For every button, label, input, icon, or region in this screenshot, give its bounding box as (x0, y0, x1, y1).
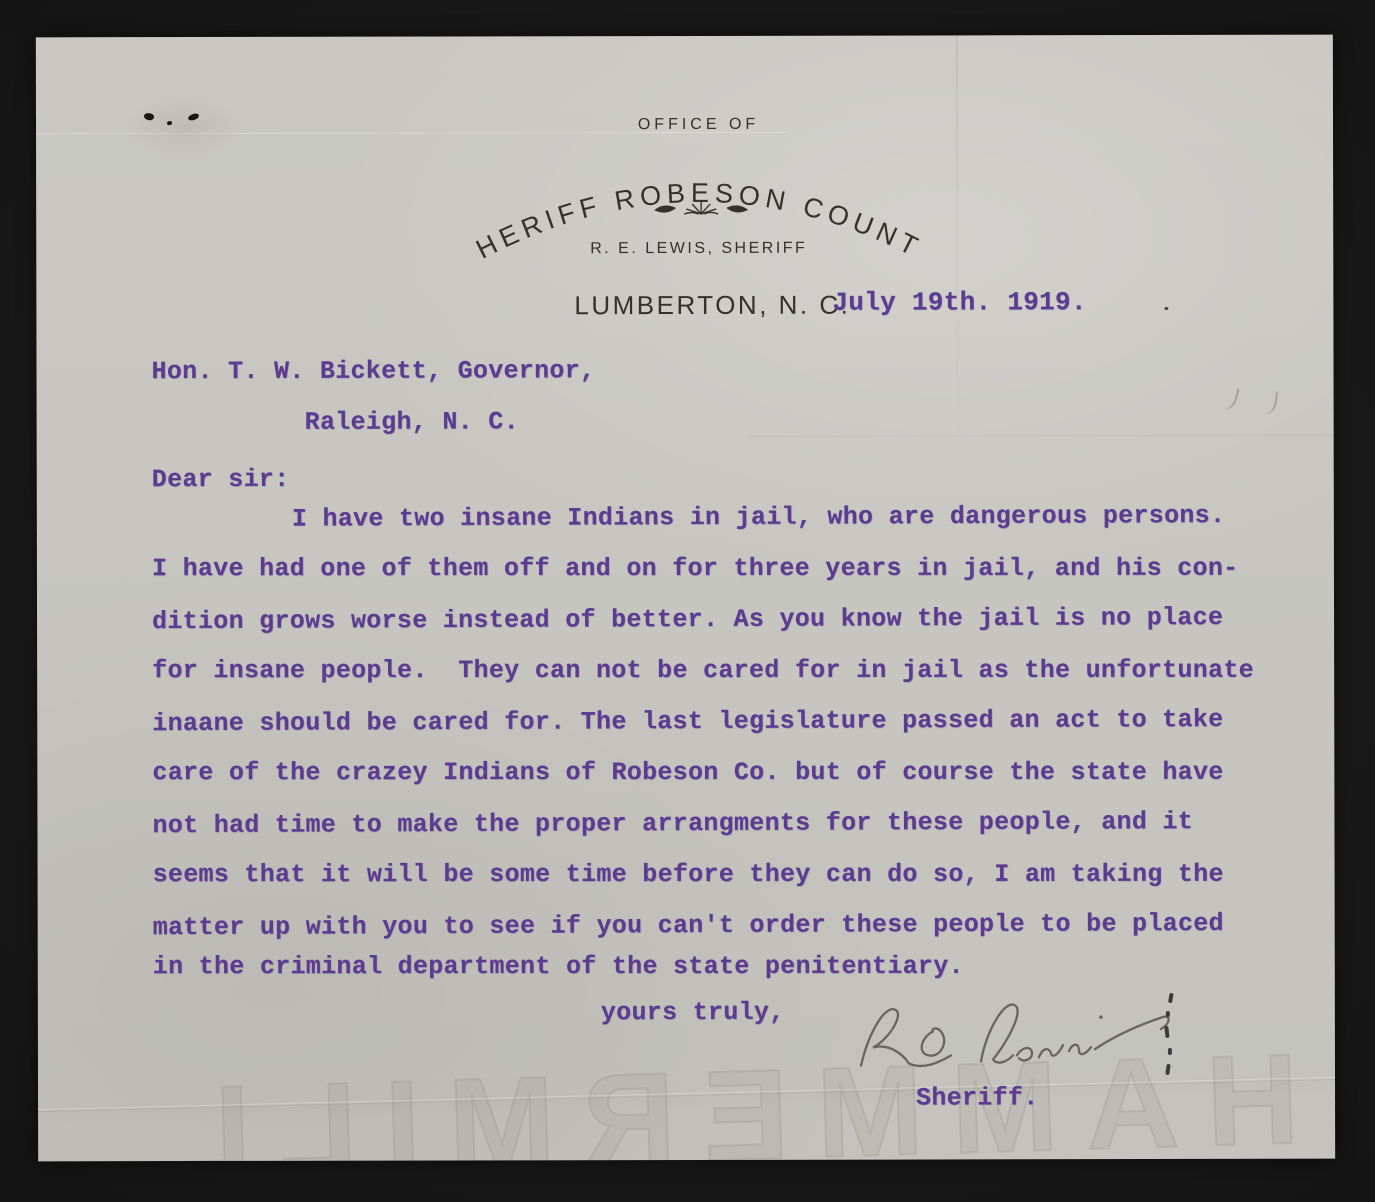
scan-background: HAMMERMILL OFFICE OF SHERIFF ROBESON COU… (0, 0, 1375, 1202)
recipient-line-1: Hon. T. W. Bickett, Governor, (151, 356, 595, 386)
ornament-icon (636, 196, 766, 227)
letterhead-city: LUMBERTON, N. C. (574, 290, 850, 322)
body-line: I have had one of them off and on for th… (152, 553, 1267, 604)
body-line: in the criminal department of the state … (153, 951, 1268, 983)
letterhead-office-of: OFFICE OF (50, 115, 1335, 136)
body-line: not had time to make the proper arrangme… (152, 806, 1267, 861)
body-line: for insane people. They can not be cared… (152, 655, 1267, 706)
letter-date: July 19th. 1919. (832, 287, 1087, 318)
pencil-mark (1222, 386, 1240, 412)
recipient-line-2: Raleigh, N. C. (305, 407, 519, 436)
letter-page: HAMMERMILL OFFICE OF SHERIFF ROBESON COU… (36, 35, 1335, 1162)
ink-streak (1166, 993, 1170, 1075)
paper-crease (750, 435, 1334, 437)
pencil-mark (1263, 390, 1278, 415)
body-line: seems that it will be some time before t… (153, 859, 1268, 910)
valediction: yours truly, (601, 998, 785, 1027)
body-line: dition grows worse instead of better. As… (152, 602, 1267, 657)
body-line: inaane should be cared for. The last leg… (152, 704, 1267, 759)
signature (833, 987, 1183, 1093)
salutation: Dear sir: (152, 465, 290, 494)
body-line: I have two insane Indians in jail, who a… (152, 500, 1267, 555)
letterhead-officer-line: R. E. LEWIS, SHERIFF (50, 239, 1335, 260)
letter-body: I have two insane Indians in jail, who a… (152, 501, 1268, 984)
paper-speck (1164, 307, 1168, 310)
body-line: care of the crazey Indians of Robeson Co… (152, 757, 1267, 808)
signature-title: Sheriff. (916, 1083, 1038, 1112)
